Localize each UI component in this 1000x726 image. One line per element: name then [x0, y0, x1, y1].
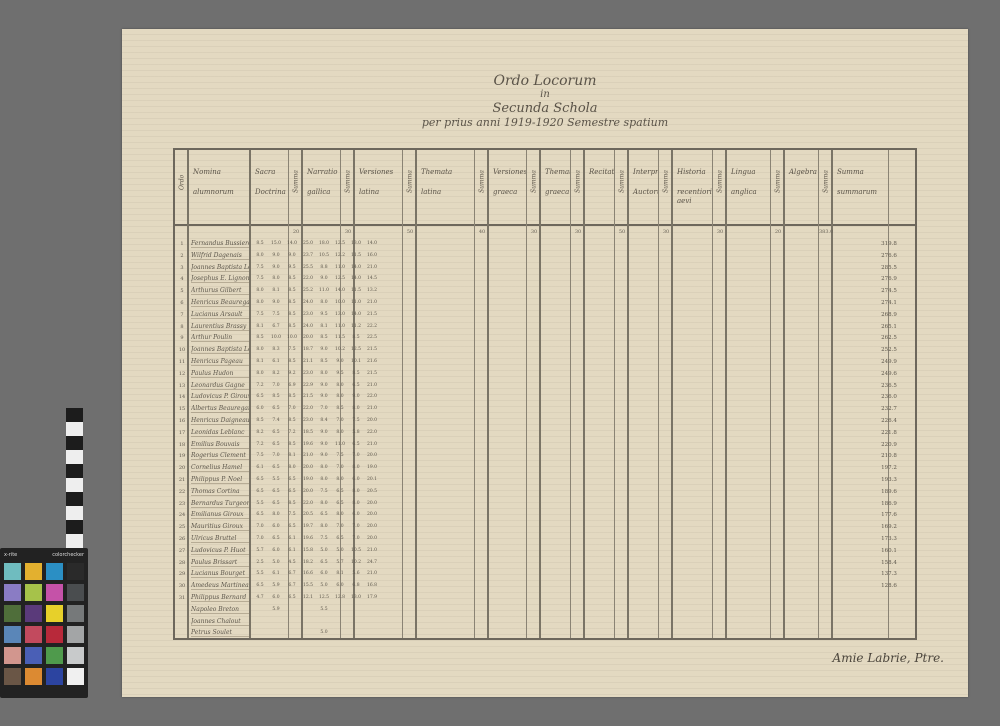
grade-cell: 8.1 — [269, 288, 283, 293]
grade-cell: 7.0 — [349, 453, 363, 458]
grade-cell: 8.0 — [349, 501, 363, 506]
student-name: Arthur Poulin — [191, 334, 249, 342]
student-name: Joannes Chalout — [191, 618, 249, 626]
student-name: Laurentius Brassy — [191, 323, 249, 331]
grade-cell: 7.5 — [285, 512, 299, 517]
grade-cell: 9.0 — [333, 359, 347, 364]
color-swatch — [67, 626, 84, 643]
grade-cell: 21.5 — [301, 394, 315, 399]
grade-cells: 5.0 — [251, 630, 855, 640]
grade-cell: 6.5 — [333, 489, 347, 494]
rank-number: 27 — [175, 548, 189, 554]
grade-cell: 21.6 — [365, 359, 379, 364]
table-row: 12Paulus Hudon8.08.29.223.08.09.58.521.5… — [175, 368, 915, 381]
grade-cell: 9.5 — [317, 312, 331, 317]
grade-cell: 8.1 — [253, 324, 267, 329]
grade-cell: 12.5 — [317, 595, 331, 600]
grade-cell: 13.0 — [333, 312, 347, 317]
grade-cell: 14.0 — [365, 241, 379, 246]
grade-cell: 5.8 — [349, 430, 363, 435]
student-name: Leonidas Leblanc — [191, 429, 249, 437]
grade-cell: 6.8 — [349, 583, 363, 588]
grade-cell: 9.0 — [349, 394, 363, 399]
scale-segment — [66, 492, 83, 506]
color-swatch — [67, 563, 84, 580]
grade-cell: 15.8 — [301, 548, 315, 553]
grade-cell: 12.8 — [333, 595, 347, 600]
table-row: 8Laurentius Brassy8.16.78.524.08.111.011… — [175, 321, 915, 334]
grade-cell: 8.0 — [333, 430, 347, 435]
grade-cell: 6.0 — [333, 583, 347, 588]
grade-cell: 6.5 — [317, 512, 331, 517]
grade-cell: 6.0 — [317, 571, 331, 576]
grade-cell: 16.6 — [301, 571, 315, 576]
grade-cell: 13.0 — [349, 241, 363, 246]
total-score: 252.5 — [861, 347, 917, 353]
grade-cell: 5.6 — [349, 571, 363, 576]
grade-cell: 14.0 — [285, 241, 299, 246]
rank-number: 10 — [175, 347, 189, 353]
scale-segment — [66, 464, 83, 478]
total-score: 276.6 — [861, 253, 917, 259]
student-name: Mauritius Giroux — [191, 523, 249, 531]
table-row: 2Wilfrid Dagenais8.09.09.023.710.512.211… — [175, 250, 915, 263]
grade-cell: 8.2 — [253, 430, 267, 435]
rank-number: 4 — [175, 276, 189, 282]
table-row: 23Bernardus Turgeon5.56.58.522.08.06.58.… — [175, 498, 915, 511]
grade-cell: 10.0 — [269, 335, 283, 340]
grade-cell: 9.0 — [269, 253, 283, 258]
grade-cell: 22.9 — [301, 383, 315, 388]
grade-cell: 9.0 — [317, 430, 331, 435]
scale-segment — [66, 478, 83, 492]
table-row: 26Ulricus Bruttel7.06.56.119.67.56.57.02… — [175, 533, 915, 546]
color-swatch — [67, 584, 84, 601]
grade-cell: 9.0 — [269, 300, 283, 305]
grade-cell: 7.5 — [269, 312, 283, 317]
document-paper: Ordo Locorum in Secunda Schola per prius… — [122, 29, 968, 697]
grade-cell: 11.0 — [333, 265, 347, 270]
grade-cell: 6.5 — [253, 489, 267, 494]
grade-cell: 6.5 — [333, 501, 347, 506]
total-score: 232.7 — [861, 406, 917, 412]
student-name: Wilfrid Dagenais — [191, 252, 249, 260]
table-row: 13Leonardus Gagne7.27.06.922.99.08.06.52… — [175, 380, 915, 393]
grade-cell: 15.5 — [301, 583, 315, 588]
total-score: 160.1 — [861, 548, 917, 554]
table-row: 17Leonidas Leblanc8.26.57.218.59.08.05.8… — [175, 427, 915, 440]
color-swatch — [25, 605, 42, 622]
color-swatch — [46, 605, 63, 622]
grade-cell: 6.5 — [285, 477, 299, 482]
grade-cell: 11.0 — [333, 442, 347, 447]
color-swatch — [25, 563, 42, 580]
rank-number: 7 — [175, 312, 189, 318]
grade-cell: 5.9 — [269, 607, 283, 612]
grade-cell: 5.0 — [317, 583, 331, 588]
grade-cell: 14.0 — [333, 288, 347, 293]
grade-cell: 8.5 — [285, 288, 299, 293]
grade-cell: 6.5 — [349, 383, 363, 388]
max-points: 30 — [713, 229, 727, 235]
grade-cell: 7.0 — [269, 453, 283, 458]
grade-cell: 20.0 — [365, 536, 379, 541]
grade-cell: 8.1 — [285, 453, 299, 458]
grade-cell: 11.5 — [349, 253, 363, 258]
color-swatch — [46, 668, 63, 685]
color-swatch — [4, 626, 21, 643]
grade-cell: 19.7 — [301, 524, 315, 529]
rank-number: 5 — [175, 288, 189, 294]
color-swatch — [25, 668, 42, 685]
grade-cell: 10.1 — [349, 359, 363, 364]
rank-number: 28 — [175, 560, 189, 566]
grade-cell: 5.0 — [269, 560, 283, 565]
table-row: 20Cornelius Hamel6.16.58.020.08.07.08.01… — [175, 462, 915, 475]
grade-cell: 8.0 — [333, 477, 347, 482]
color-swatch — [46, 647, 63, 664]
grade-cell: 8.0 — [317, 501, 331, 506]
grade-cell: 8.5 — [285, 418, 299, 423]
grade-cell: 7.2 — [253, 442, 267, 447]
table-row: 4Josephus E. Lignon7.58.08.522.09.012.51… — [175, 273, 915, 286]
student-name: Albertus Beauregard — [191, 405, 249, 413]
grade-cell: 6.5 — [269, 536, 283, 541]
student-name: Ludovicus P. Huot — [191, 547, 249, 555]
grade-cell: 8.0 — [333, 394, 347, 399]
title-in: in — [122, 89, 968, 100]
color-swatch — [4, 584, 21, 601]
max-points: 20 — [771, 229, 785, 235]
grade-cell: 8.0 — [333, 512, 347, 517]
grade-cell: 22.2 — [365, 324, 379, 329]
total-score: 210.8 — [861, 453, 917, 459]
scale-segment — [66, 422, 83, 436]
total-score: 169.2 — [861, 524, 917, 530]
scale-segment — [66, 450, 83, 464]
student-name: Napoleo Breton — [191, 606, 249, 614]
color-swatch — [25, 647, 42, 664]
grade-cell: 20.0 — [301, 465, 315, 470]
table-row: 7Lucianus Arsault7.57.58.523.09.513.014.… — [175, 309, 915, 322]
color-swatch — [46, 563, 63, 580]
total-score: 158.4 — [861, 560, 917, 566]
grade-cell: 6.9 — [285, 383, 299, 388]
student-name: Fernandus Bussieres — [191, 240, 249, 248]
grade-cell: 6.0 — [269, 595, 283, 600]
grade-cell: 8.1 — [333, 571, 347, 576]
grade-cell: 8.0 — [253, 300, 267, 305]
table-row: Joannes Chalout — [175, 616, 915, 629]
grade-cell: 7.5 — [333, 453, 347, 458]
total-score: 193.3 — [861, 477, 917, 483]
total-score: 262.5 — [861, 335, 917, 341]
grade-cell: 25.0 — [301, 241, 315, 246]
total-score: 189.6 — [861, 489, 917, 495]
rank-number: 19 — [175, 453, 189, 459]
grade-cell: 8.5 — [285, 276, 299, 281]
grade-cell: 11.0 — [349, 300, 363, 305]
color-swatch — [4, 605, 21, 622]
grade-cell: 8.5 — [253, 241, 267, 246]
student-name: Emilianus Giroux — [191, 511, 249, 519]
student-name: Paulus Brissart — [191, 559, 249, 567]
max-points: 40 — [475, 229, 489, 235]
rank-number: 20 — [175, 465, 189, 471]
checker-swatches — [4, 563, 84, 685]
grade-cell: 12.5 — [333, 276, 347, 281]
max-points: 20 — [289, 229, 303, 235]
grade-cell: 10.2 — [349, 560, 363, 565]
grade-cell: 8.0 — [269, 276, 283, 281]
grade-cell: 7.5 — [253, 453, 267, 458]
grade-cell: 9.5 — [285, 265, 299, 270]
table-row: 24Emilianus Giroux6.58.07.520.56.58.06.0… — [175, 509, 915, 522]
grade-cell: 14.0 — [349, 312, 363, 317]
grade-cell: 6.1 — [269, 359, 283, 364]
max-points: 50 — [615, 229, 629, 235]
grade-cell: 5.5 — [253, 501, 267, 506]
grade-cell: 9.0 — [317, 442, 331, 447]
grade-cell: 24.0 — [301, 300, 315, 305]
grade-cell: 6.5 — [253, 583, 267, 588]
grade-cell: 11.0 — [317, 288, 331, 293]
grades-table: OrdoNominaalumnorumSacraDoctrinaSummaNar… — [173, 148, 917, 640]
grade-cell: 8.1 — [317, 324, 331, 329]
grade-cell: 10.5 — [317, 253, 331, 258]
grade-cell: 6.7 — [269, 324, 283, 329]
grade-cell: 8.5 — [349, 371, 363, 376]
grade-cell: 7.5 — [349, 418, 363, 423]
checker-product: colorchecker — [52, 552, 84, 558]
grade-cell: 9.0 — [317, 347, 331, 352]
table-row: 14Ludovicus P. Giroux6.58.58.521.59.08.0… — [175, 391, 915, 404]
grade-cell: 7.5 — [317, 536, 331, 541]
rank-number: 30 — [175, 583, 189, 589]
grade-cell: 7.0 — [333, 524, 347, 529]
color-swatch — [46, 626, 63, 643]
grade-cell: 21.5 — [365, 312, 379, 317]
color-swatch — [67, 668, 84, 685]
student-name: Henricus Daigneau — [191, 417, 249, 425]
rank-number: 9 — [175, 335, 189, 341]
grade-cell: 6.5 — [269, 442, 283, 447]
grade-cell: 9.2 — [285, 371, 299, 376]
student-name: Ulricus Bruttel — [191, 535, 249, 543]
student-name: Henricus Beauregard — [191, 299, 249, 307]
grade-cell: 8.5 — [285, 312, 299, 317]
student-name: Cornelius Hamel — [191, 464, 249, 472]
grade-cell: 16.8 — [365, 583, 379, 588]
table-row: 25Mauritius Giroux7.06.06.519.78.07.07.0… — [175, 521, 915, 534]
student-name: Arthurus Gilbert — [191, 287, 249, 295]
total-score: 274.1 — [861, 300, 917, 306]
grade-cell: 7.4 — [269, 418, 283, 423]
grade-cell: 18.5 — [301, 430, 315, 435]
scale-segment — [66, 408, 83, 422]
grade-cell: 7.0 — [333, 465, 347, 470]
grade-cell: 6.5 — [269, 465, 283, 470]
student-name: Emilius Bouvais — [191, 441, 249, 449]
grade-cell: 10.0 — [285, 335, 299, 340]
grade-cell: 5.0 — [333, 548, 347, 553]
grade-cell: 8.0 — [349, 406, 363, 411]
grade-cell: 5.5 — [317, 607, 331, 612]
grade-cell: 7.5 — [253, 265, 267, 270]
grade-cell: 8.5 — [253, 418, 267, 423]
grade-cell: 8.5 — [285, 501, 299, 506]
grade-cell: 22.0 — [365, 430, 379, 435]
student-name: Bernardus Turgeon — [191, 500, 249, 508]
student-name: Joannes Baptista Lemieux — [191, 264, 249, 272]
grade-cell: 9.0 — [269, 265, 283, 270]
total-score: 137.3 — [861, 571, 917, 577]
rank-number: 16 — [175, 418, 189, 424]
grade-cell: 7.0 — [333, 418, 347, 423]
total-score: 276.9 — [861, 276, 917, 282]
grade-cell: 6.5 — [269, 489, 283, 494]
total-score: 236.0 — [861, 394, 917, 400]
grade-cell: 18.0 — [317, 241, 331, 246]
total-score: 285.5 — [861, 265, 917, 271]
table-row: 1Fernandus Bussieres8.515.014.025.018.01… — [175, 238, 915, 251]
table-row: 31Philippus Bernard4.76.06.512.112.512.8… — [175, 592, 915, 605]
grade-cell: 8.0 — [253, 347, 267, 352]
rank-number: 17 — [175, 430, 189, 436]
signature: Amie Labrie, Ptre. — [833, 651, 944, 665]
grade-cell: 12.1 — [301, 595, 315, 600]
total-score: 221.8 — [861, 430, 917, 436]
student-name: Josephus E. Lignon — [191, 275, 249, 283]
grade-cell: 8.0 — [349, 465, 363, 470]
grade-cell: 21.0 — [365, 548, 379, 553]
color-checker: x-rite colorchecker — [0, 548, 88, 698]
student-name: Ludovicus P. Giroux — [191, 393, 249, 401]
grade-cell: 20.0 — [301, 335, 315, 340]
grade-cell: 7.0 — [253, 536, 267, 541]
color-swatch — [25, 626, 42, 643]
color-swatch — [67, 647, 84, 664]
rank-number: 15 — [175, 406, 189, 412]
rank-number: 14 — [175, 394, 189, 400]
max-points: 50 — [403, 229, 417, 235]
grade-cell: 8.4 — [317, 418, 331, 423]
rank-number: 22 — [175, 489, 189, 495]
grade-cell: 20.0 — [365, 524, 379, 529]
grade-cell: 11.5 — [333, 335, 347, 340]
grade-cell: 11.0 — [333, 324, 347, 329]
grade-cell: 4.7 — [253, 595, 267, 600]
grade-cell: 6.5 — [253, 394, 267, 399]
grade-cell: 20.0 — [365, 501, 379, 506]
grade-cell: 20.5 — [301, 512, 315, 517]
grade-cell: 8.0 — [253, 371, 267, 376]
student-name: Amedeus Martineau — [191, 582, 249, 590]
table-row: 22Thomas Cortina6.56.56.520.07.56.58.020… — [175, 486, 915, 499]
grade-cell: 7.0 — [349, 536, 363, 541]
table-row: 16Henricus Daigneau8.57.48.523.08.47.07.… — [175, 415, 915, 428]
table-row: 5Arthurus Gilbert8.08.18.525.211.014.011… — [175, 285, 915, 298]
grade-cell: 23.0 — [301, 312, 315, 317]
rank-number: 12 — [175, 371, 189, 377]
grade-cell: 7.0 — [349, 524, 363, 529]
total-score: 220.9 — [861, 442, 917, 448]
grade-cell: 20.0 — [365, 418, 379, 423]
grade-cell: 21.0 — [365, 383, 379, 388]
scale-segment — [66, 534, 83, 548]
table-row: 10Joannes Baptista Lessard8.08.37.518.79… — [175, 344, 915, 357]
grade-cell: 12.5 — [349, 347, 363, 352]
grade-cell: 6.7 — [285, 571, 299, 576]
grade-cell: 10.2 — [333, 347, 347, 352]
grade-cell: 22.0 — [365, 394, 379, 399]
max-points: 30 — [341, 229, 355, 235]
total-score: 186.9 — [861, 501, 917, 507]
grade-cell: 9.0 — [317, 383, 331, 388]
total-score: 128.6 — [861, 583, 917, 589]
grade-cell: 14.5 — [365, 276, 379, 281]
table-row: 18Emilius Bouvais7.26.58.519.69.011.06.5… — [175, 439, 915, 452]
grade-cell: 8.1 — [253, 359, 267, 364]
grade-cell: 8.3 — [269, 347, 283, 352]
grade-cell: 21.1 — [301, 359, 315, 364]
grade-cell: 6.0 — [349, 512, 363, 517]
student-name: Lucianus Arsault — [191, 311, 249, 319]
rank-number: 24 — [175, 512, 189, 518]
grade-cell: 8.0 — [333, 383, 347, 388]
grade-cell: 6.0 — [253, 406, 267, 411]
grade-cell: 6.1 — [253, 465, 267, 470]
grade-cell: 12.2 — [333, 253, 347, 258]
grade-cell: 22.0 — [301, 406, 315, 411]
checker-brand: x-rite — [4, 552, 17, 558]
color-swatch — [4, 668, 21, 685]
color-swatch — [25, 584, 42, 601]
grade-cell: 24.0 — [301, 324, 315, 329]
grade-cell: 11.5 — [349, 288, 363, 293]
rank-number: 26 — [175, 536, 189, 542]
grade-cell: 25.5 — [301, 265, 315, 270]
student-name: Henricus Pageau — [191, 358, 249, 366]
grade-cell: 23.0 — [301, 371, 315, 376]
grade-cell: 20.0 — [365, 512, 379, 517]
grade-cell: 7.0 — [317, 406, 331, 411]
grade-cell: 8.0 — [317, 524, 331, 529]
grade-cell: 7.0 — [269, 383, 283, 388]
grade-cell: 21.0 — [365, 265, 379, 270]
grade-cell: 8.5 — [333, 406, 347, 411]
rank-number: 2 — [175, 253, 189, 259]
color-swatch — [4, 563, 21, 580]
grade-cell: 9.0 — [317, 453, 331, 458]
grade-cell: 8.0 — [349, 489, 363, 494]
grade-cell: 6.5 — [317, 560, 331, 565]
grade-cell: 9.0 — [285, 253, 299, 258]
grade-cell: 8.0 — [285, 465, 299, 470]
grade-cell: 18.7 — [301, 347, 315, 352]
rank-number: 3 — [175, 265, 189, 271]
grade-cell: 6.0 — [349, 477, 363, 482]
max-points: 383.0 — [819, 229, 833, 235]
grade-cell: 2.5 — [253, 560, 267, 565]
grade-cell: 8.8 — [317, 265, 331, 270]
grade-cell: 8.5 — [317, 359, 331, 364]
grade-cell: 6.7 — [285, 583, 299, 588]
grade-cell: 8.2 — [269, 371, 283, 376]
grade-cell: 8.5 — [285, 442, 299, 447]
grade-cell: 21.5 — [365, 347, 379, 352]
grade-cell: 21.0 — [365, 406, 379, 411]
